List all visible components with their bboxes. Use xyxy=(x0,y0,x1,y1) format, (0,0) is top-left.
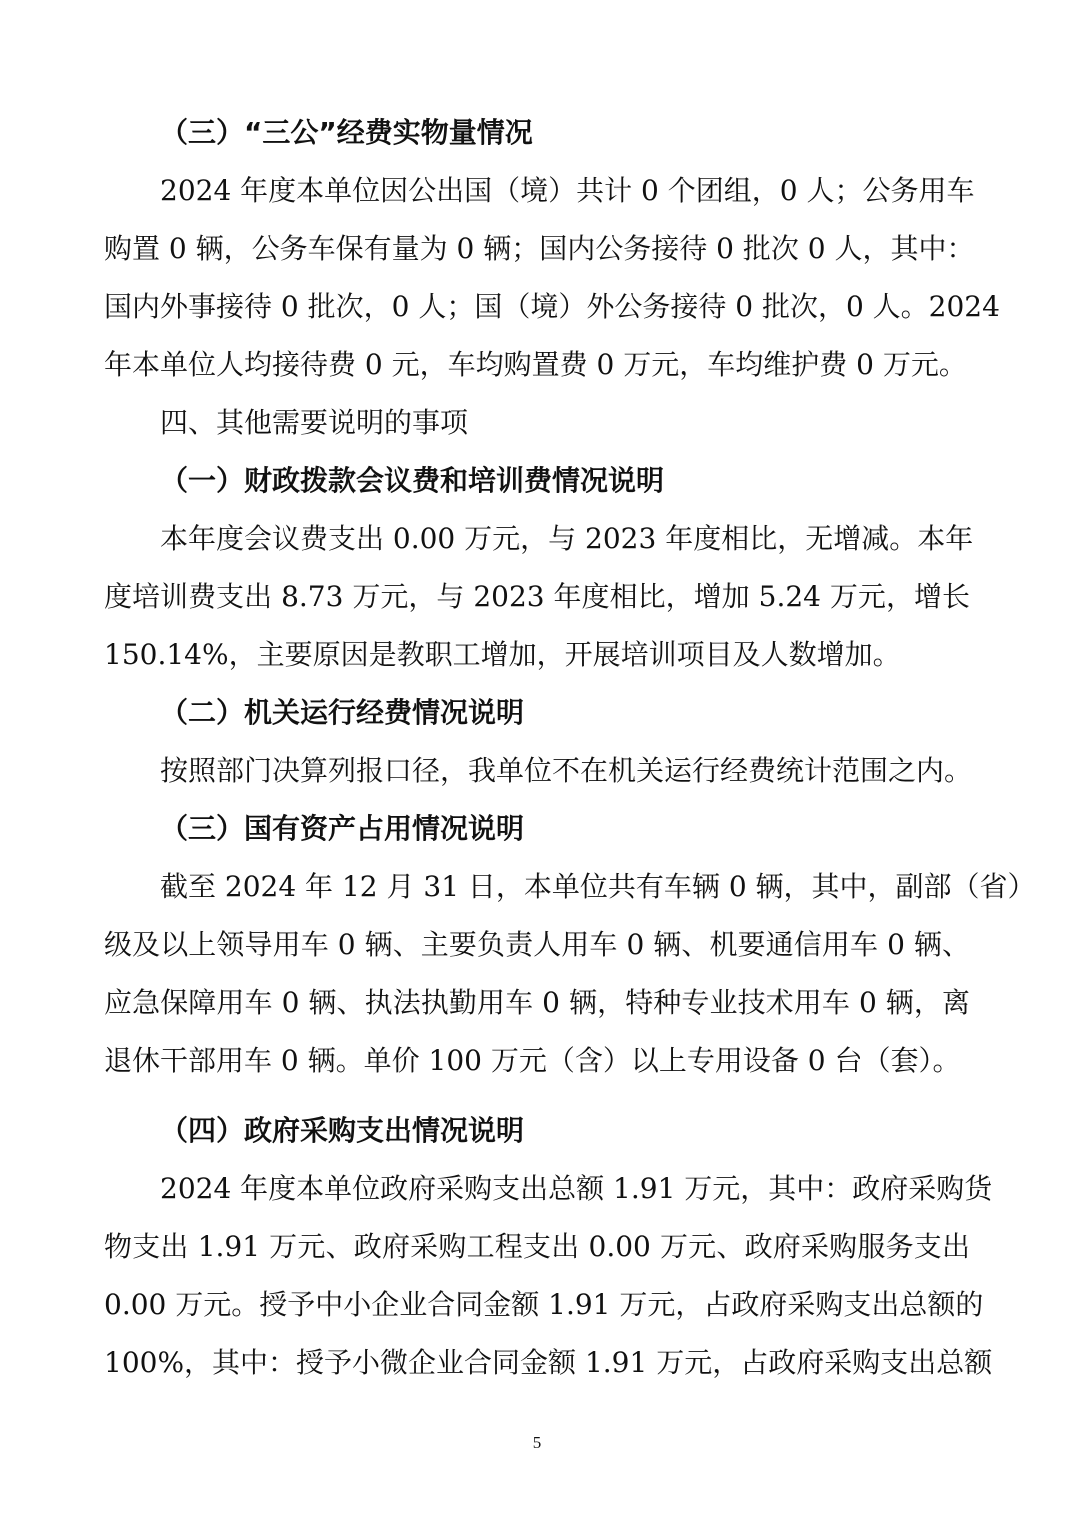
section-heading-government-procurement: （四）政府采购支出情况说明 xyxy=(160,1113,524,1149)
paragraph-line: 应急保障用车 0 辆、执法执勤用车 0 辆，特种专业技术用车 0 辆，离 xyxy=(104,985,970,1021)
paragraph-line: 年本单位人均接待费 0 元，车均购置费 0 万元，车均维护费 0 万元。 xyxy=(104,347,970,383)
paragraph-line: 2024 年度本单位政府采购支出总额 1.91 万元，其中：政府采购货 xyxy=(160,1171,970,1207)
paragraph-line: 100%，其中：授予小微企业合同金额 1.91 万元，占政府采购支出总额 xyxy=(104,1345,970,1381)
document-page: （三）“三公”经费实物量情况 2024 年度本单位因公出国（境）共计 0 个团组… xyxy=(0,0,1074,1520)
paragraph-line: 级及以上领导用车 0 辆、主要负责人用车 0 辆、机要通信用车 0 辆、 xyxy=(104,927,970,963)
paragraph-line: 退休干部用车 0 辆。单价 100 万元（含）以上专用设备 0 台（套）。 xyxy=(104,1043,970,1079)
paragraph-line: 度培训费支出 8.73 万元，与 2023 年度相比，增加 5.24 万元，增长 xyxy=(104,579,970,615)
paragraph-line: 按照部门决算列报口径，我单位不在机关运行经费统计范围之内。 xyxy=(160,753,970,789)
section-heading-meeting-training-fees: （一）财政拨款会议费和培训费情况说明 xyxy=(160,463,664,499)
paragraph-line: 150.14%，主要原因是教职工增加，开展培训项目及人数增加。 xyxy=(104,637,970,673)
paragraph-line: 本年度会议费支出 0.00 万元，与 2023 年度相比，无增减。本年 xyxy=(160,521,970,557)
section-heading-other-matters: 四、其他需要说明的事项 xyxy=(160,405,468,441)
section-heading-state-assets: （三）国有资产占用情况说明 xyxy=(160,811,524,847)
paragraph-line: 2024 年度本单位因公出国（境）共计 0 个团组，0 人；公务用车 xyxy=(160,173,970,209)
paragraph-line: 购置 0 辆，公务车保有量为 0 辆；国内公务接待 0 批次 0 人，其中： xyxy=(104,231,970,267)
paragraph-line: 截至 2024 年 12 月 31 日，本单位共有车辆 0 辆，其中，副部（省） xyxy=(160,869,970,905)
section-heading-sangong-quantity: （三）“三公”经费实物量情况 xyxy=(160,115,533,151)
section-heading-operating-funds: （二）机关运行经费情况说明 xyxy=(160,695,524,731)
page-number: 5 xyxy=(0,1433,1074,1453)
paragraph-line: 0.00 万元。授予中小企业合同金额 1.91 万元，占政府采购支出总额的 xyxy=(104,1287,970,1323)
paragraph-line: 国内外事接待 0 批次，0 人；国（境）外公务接待 0 批次，0 人。2024 xyxy=(104,289,970,325)
paragraph-line: 物支出 1.91 万元、政府采购工程支出 0.00 万元、政府采购服务支出 xyxy=(104,1229,970,1265)
